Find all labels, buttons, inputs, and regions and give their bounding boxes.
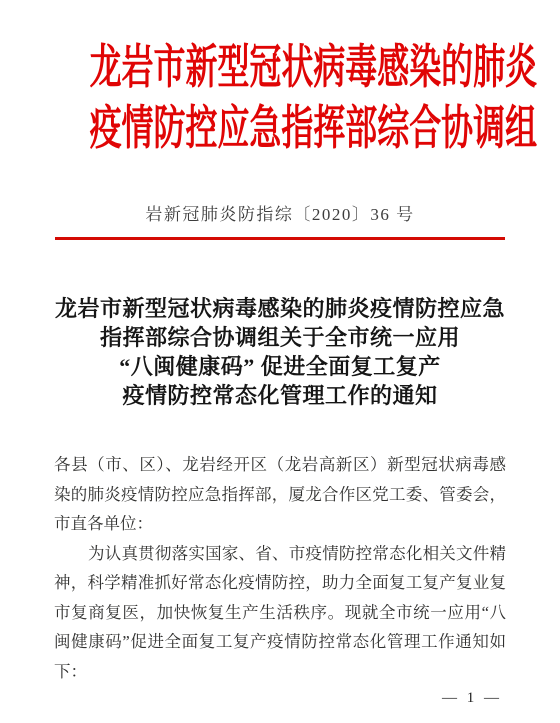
notice-title-line-3: “八闽健康码” 促进全面复工复产 (0, 352, 560, 381)
salutation-line: 染的肺炎疫情防控应急指挥部，厦龙合作区党工委、管委会， (54, 480, 506, 510)
paragraph-line: 神，科学精准抓好常态化疫情防控，助力全面复工复产复业复 (54, 568, 506, 598)
page-number: — 1 — (442, 690, 502, 707)
paragraph-line: 闽健康码”促进全面复工复产疫情防控常态化管理工作通知如 (54, 627, 506, 657)
paragraph-line: 下： (54, 657, 506, 687)
letterhead: 龙岩市新型冠状病毒感染的肺炎 疫情防控应急指挥部综合协调组 (0, 0, 560, 160)
letterhead-line1: 龙岩市新型冠状病毒感染的肺炎 (90, 38, 471, 99)
salutation-line: 市直各单位： (54, 509, 506, 539)
paragraph-line: 为认真贯彻落实国家、省、市疫情防控常态化相关文件精 (54, 539, 506, 569)
document-number: 岩新冠肺炎防指综〔2020〕36 号 (0, 204, 560, 226)
red-divider-line (55, 237, 505, 240)
notice-title-line-4: 疫情防控常态化管理工作的通知 (0, 381, 560, 410)
notice-title-line-1: 龙岩市新型冠状病毒感染的肺炎疫情防控应急 (0, 294, 560, 323)
document-page: 龙岩市新型冠状病毒感染的肺炎 疫情防控应急指挥部综合协调组 岩新冠肺炎防指综〔2… (0, 0, 560, 723)
notice-title-line-2: 指挥部综合协调组关于全市统一应用 (0, 323, 560, 352)
notice-title: 龙岩市新型冠状病毒感染的肺炎疫情防控应急 指挥部综合协调组关于全市统一应用 “八… (0, 294, 560, 410)
salutation-line: 各县（市、区）、龙岩经开区（龙岩高新区）新型冠状病毒感 (54, 450, 506, 480)
paragraph-line: 市复商复医，加快恢复生产生活秩序。现就全市统一应用“八 (54, 598, 506, 628)
body-text: 各县（市、区）、龙岩经开区（龙岩高新区）新型冠状病毒感 染的肺炎疫情防控应急指挥… (54, 450, 506, 686)
letterhead-line2: 疫情防控应急指挥部综合协调组 (90, 99, 471, 160)
